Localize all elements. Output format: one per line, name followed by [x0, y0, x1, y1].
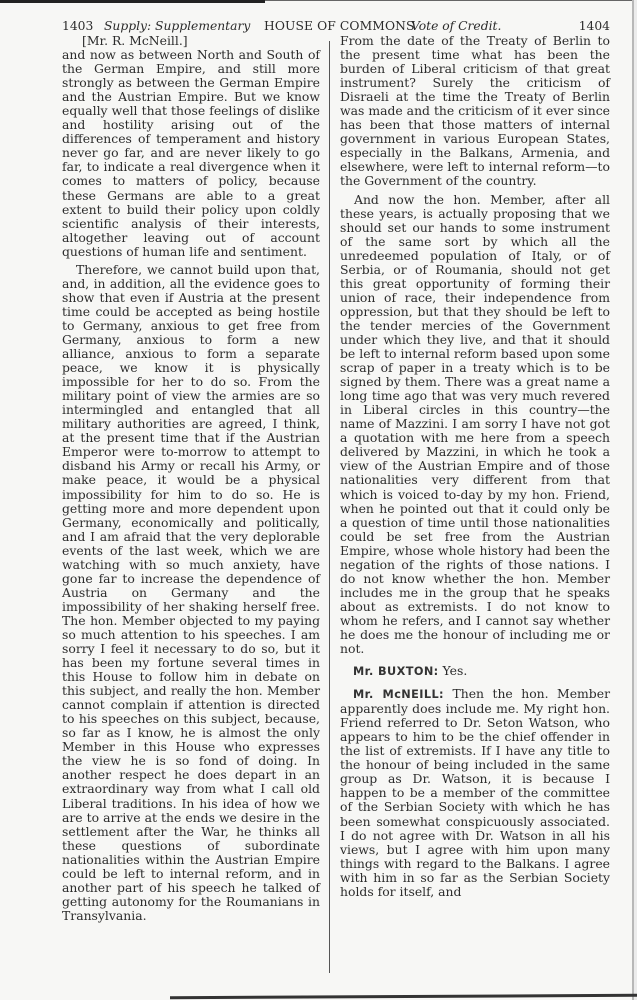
paragraph: From the date of the Treaty of Berlin to…: [340, 34, 610, 189]
speech: Mr. McNEILL: Then the hon. Member appare…: [340, 687, 610, 899]
speech-text: Then the hon. Member apparently does inc…: [340, 686, 610, 899]
scan-edge-bottom: [170, 994, 637, 999]
paragraph: Therefore, we cannot build upon that, an…: [62, 263, 320, 923]
column-divider: [329, 41, 330, 973]
page-number-left: 1403: [62, 18, 93, 34]
right-column: From the date of the Treaty of Berlin to…: [340, 34, 610, 899]
page-number-right: 1404: [579, 18, 610, 34]
speaker-name: Mr. BUXTON:: [353, 665, 439, 678]
speaker-continuation-tag: [Mr. R. McNeill.]: [82, 34, 320, 48]
section-title-right: Vote of Credit.: [411, 18, 501, 34]
paragraph: And now the hon. Member, after all these…: [340, 193, 610, 657]
left-column: [Mr. R. McNeill.] and now as between Nor…: [62, 34, 320, 923]
speaker-name: Mr. McNEILL:: [353, 688, 444, 701]
interjection: Mr. BUXTON: Yes.: [340, 664, 610, 679]
speech-text: Yes.: [439, 663, 468, 678]
paragraph: and now as between North and South of th…: [62, 48, 320, 259]
scan-edge-top-bar: [0, 0, 265, 3]
publication-title: HOUSE OF COMMONS: [264, 18, 415, 34]
scan-edge-right: [632, 0, 634, 1000]
page-header: 1403 Supply: Supplementary HOUSE OF COMM…: [62, 18, 610, 34]
section-title-left: Supply: Supplementary: [104, 18, 250, 34]
